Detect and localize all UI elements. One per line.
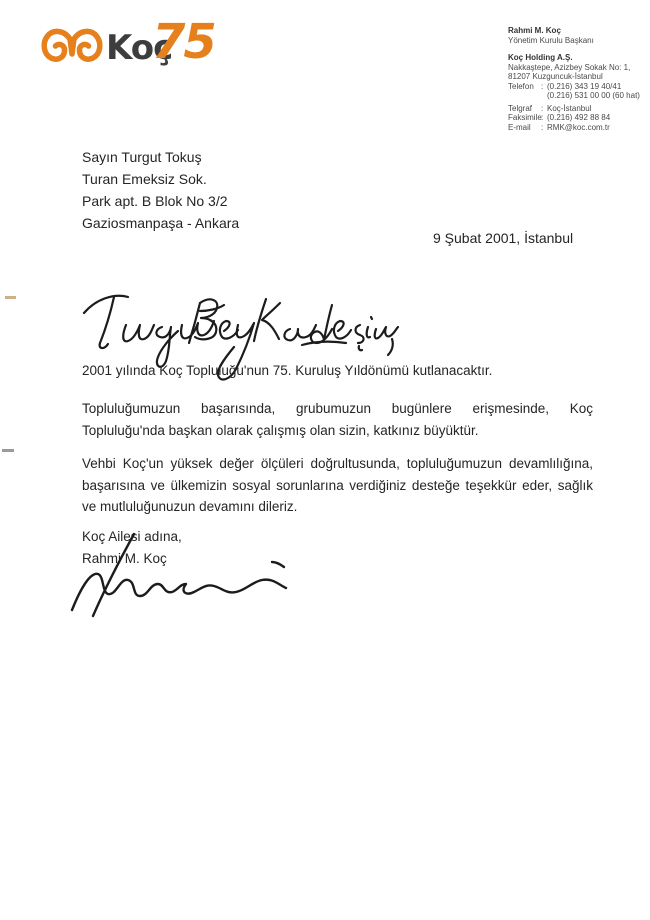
sender-title: Yönetim Kurulu Başkanı	[508, 36, 646, 46]
sender-address-1: Nakkaştepe, Azizbey Sokak No: 1,	[508, 63, 646, 73]
recipient-block: Sayın Turgut Tokuş Turan Emeksiz Sok. Pa…	[82, 146, 239, 234]
handwritten-signature: Rahmi M. Koç imzası	[58, 530, 308, 622]
logo-anniversary-75: 75	[152, 14, 215, 70]
contact-telefon: Telefon : (0.216) 343 19 40/41	[508, 82, 646, 92]
paragraph-1: 2001 yılında Koç Topluluğu'nun 75. Kurul…	[82, 360, 593, 382]
fold-mark-middle	[2, 449, 14, 452]
scanned-letter-page: Koç 75 Rahmi M. Koç Yönetim Kurulu Başka…	[0, 0, 650, 920]
sender-address-2: 81207 Kuzguncuk-İstanbul	[508, 72, 646, 82]
koc-logo: Koç 75	[40, 22, 250, 82]
fold-mark-top	[5, 296, 16, 299]
recipient-city: Gaziosmanpaşa - Ankara	[82, 212, 239, 234]
sender-name: Rahmi M. Koç	[508, 26, 646, 36]
sender-company: Koç Holding A.Ş.	[508, 53, 646, 63]
contact-email: E-mail : RMK@koc.com.tr	[508, 123, 646, 133]
ram-horns-icon	[40, 26, 104, 70]
recipient-name: Sayın Turgut Tokuş	[82, 146, 239, 168]
sender-block: Rahmi M. Koç Yönetim Kurulu Başkanı Koç …	[508, 26, 646, 132]
contact-telgraf: Telgraf : Koç-İstanbul	[508, 104, 646, 114]
recipient-building: Park apt. B Blok No 3/2	[82, 190, 239, 212]
contact-telefon-2: (0.216) 531 00 00 (60 hat)	[508, 91, 646, 101]
date-line: 9 Şubat 2001, İstanbul	[433, 230, 573, 246]
contact-faksimile: Faksimile : (0.216) 492 88 84	[508, 113, 646, 123]
paragraph-3: Vehbi Koç'un yüksek değer ölçüleri doğru…	[82, 453, 593, 518]
signature-ink	[58, 530, 308, 622]
recipient-street: Turan Emeksiz Sok.	[82, 168, 239, 190]
paragraph-2: Topluluğumuzun başarısında, grubumuzun b…	[82, 398, 593, 441]
